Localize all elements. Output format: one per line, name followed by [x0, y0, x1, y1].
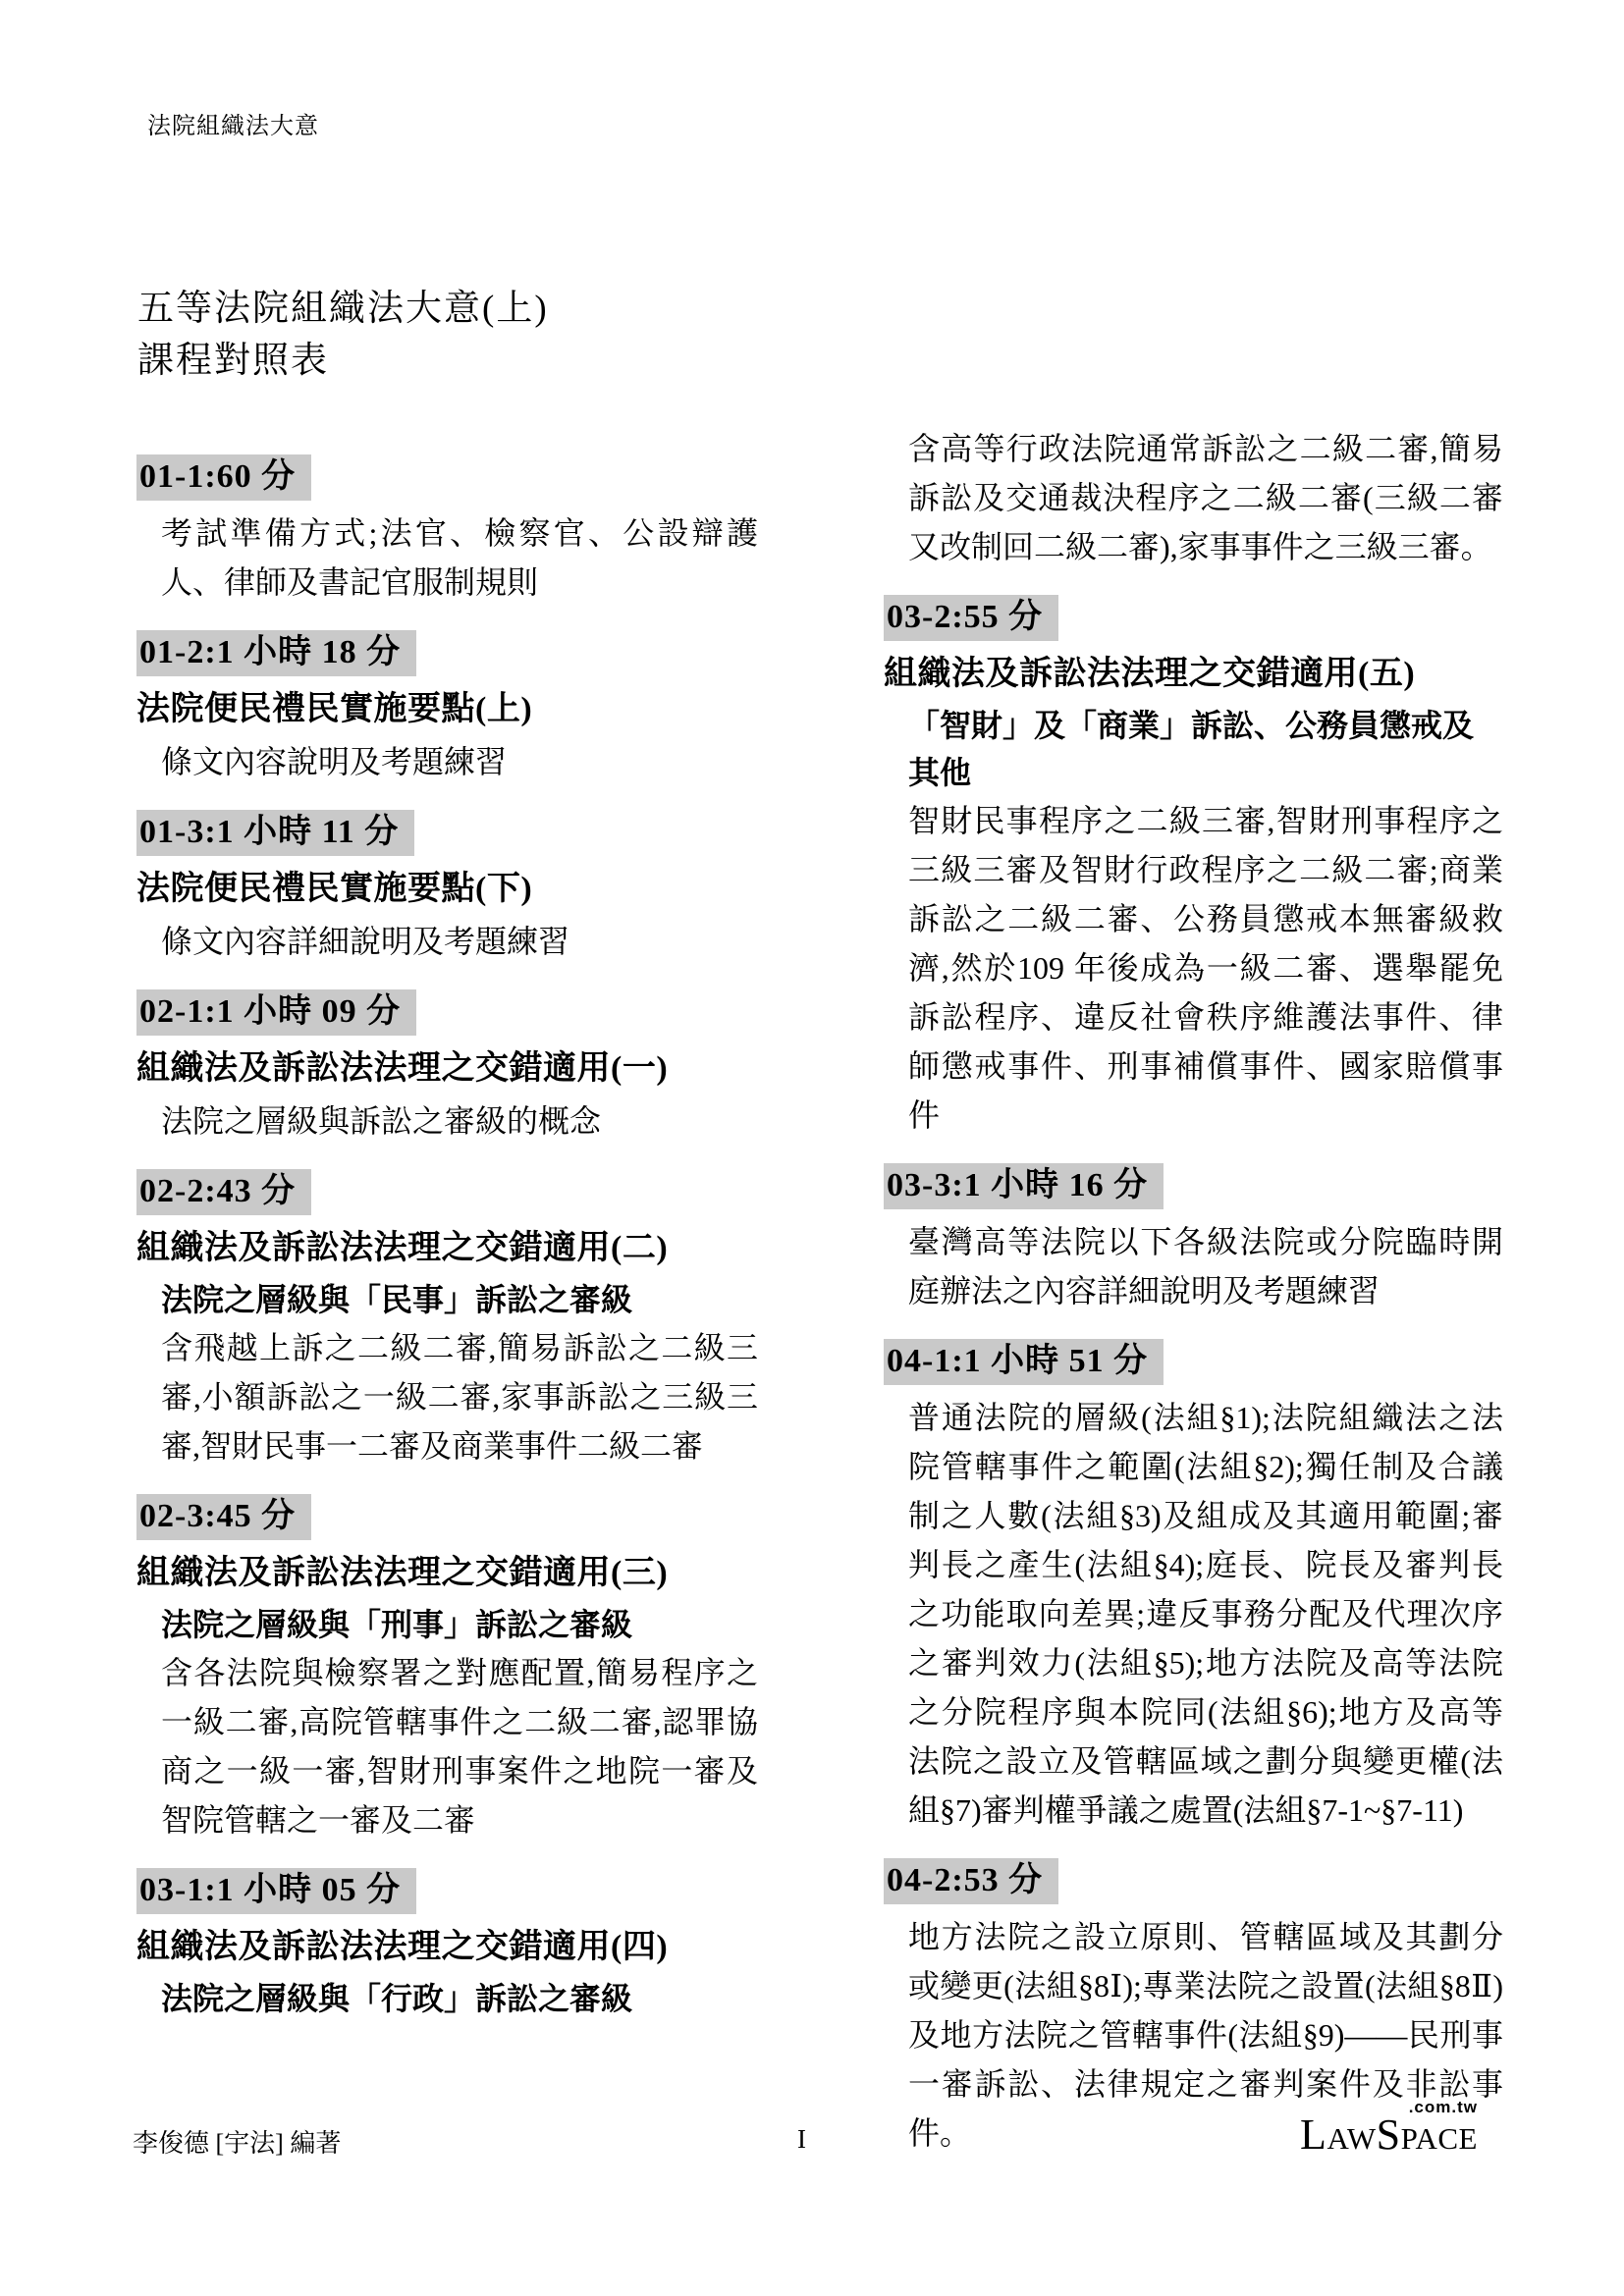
- section-code-badge: 04-1:1 小時 51 分: [884, 1339, 1164, 1385]
- section-code-row: 01-1:60 分: [136, 454, 758, 501]
- section-code-badge: 01-2:1 小時 18 分: [136, 630, 416, 676]
- left-column: 01-1:60 分考試準備方式;法官、檢察官、公設辯護人、律師及書記官服制規則0…: [136, 454, 758, 2022]
- course-section: 03-2:55 分組織法及訴訟法法理之交錯適用(五)「智財」及「商業」訴訟、公務…: [884, 595, 1503, 1140]
- section-subtitle: 「智財」及「商業」訴訟、公務員懲戒及其他: [908, 702, 1503, 796]
- logo-letters: AW: [1326, 2121, 1376, 2156]
- section-code-row: 02-1:1 小時 09 分: [136, 989, 758, 1036]
- section-subtitle: 法院之層級與「刑事」訴訟之審級: [161, 1601, 758, 1648]
- page-title-line-1: 五等法院組織法大意(上): [137, 289, 549, 329]
- section-title: 組織法及訴訟法法理之交錯適用(二): [136, 1223, 758, 1274]
- course-section: 02-1:1 小時 09 分組織法及訴訟法法理之交錯適用(一)法院之層級與訴訟之…: [136, 989, 758, 1146]
- section-description: 條文內容說明及考題練習: [161, 737, 758, 786]
- section-code-row: 03-2:55 分: [884, 595, 1503, 641]
- section-title: 組織法及訴訟法法理之交錯適用(四): [136, 1922, 758, 1973]
- section-code-badge: 03-3:1 小時 16 分: [884, 1163, 1164, 1209]
- section-code-row: 02-3:45 分: [136, 1494, 758, 1540]
- section-description: 臺灣高等法院以下各級法院或分院臨時開庭辦法之內容詳細說明及考題練習: [908, 1217, 1503, 1315]
- footer-author: 李俊德 [宇法] 編著: [133, 2123, 341, 2160]
- course-section: 01-1:60 分考試準備方式;法官、檢察官、公設辯護人、律師及書記官服制規則: [136, 454, 758, 607]
- section-code-row: 03-1:1 小時 05 分: [136, 1868, 758, 1914]
- course-section: 含高等行政法院通常訴訟之二級二審,簡易訴訟及交通裁決程序之二級二審(三級二審又改…: [884, 424, 1503, 571]
- course-section: 04-1:1 小時 51 分普通法院的層級(法組§1);法院組織法之法院管轄事件…: [884, 1339, 1503, 1835]
- section-code-row: 01-3:1 小時 11 分: [136, 810, 758, 856]
- course-section: 02-2:43 分組織法及訴訟法法理之交錯適用(二)法院之層級與「民事」訴訟之審…: [136, 1169, 758, 1470]
- section-description: 考試準備方式;法官、檢察官、公設辯護人、律師及書記官服制規則: [161, 508, 758, 607]
- section-code-badge: 03-2:55 分: [884, 595, 1058, 641]
- section-code-badge: 02-1:1 小時 09 分: [136, 989, 416, 1036]
- section-description: 含高等行政法院通常訴訟之二級二審,簡易訴訟及交通裁決程序之二級二審(三級二審又改…: [908, 424, 1503, 571]
- right-column: 含高等行政法院通常訴訟之二級二審,簡易訴訟及交通裁決程序之二級二審(三級二審又改…: [884, 424, 1503, 2158]
- section-code-badge: 01-3:1 小時 11 分: [136, 810, 414, 856]
- section-code-row: 02-2:43 分: [136, 1169, 758, 1215]
- logo-letter: L: [1300, 2110, 1326, 2159]
- document-page: 法院組織法大意 五等法院組織法大意(上) 課程對照表 01-1:60 分考試準備…: [0, 0, 1624, 2296]
- section-code-badge: 03-1:1 小時 05 分: [136, 1868, 416, 1914]
- section-code-badge: 02-2:43 分: [136, 1169, 311, 1215]
- section-code-badge: 02-3:45 分: [136, 1494, 311, 1540]
- section-description: 含飛越上訴之二級二審,簡易訴訟之二級三審,小額訴訟之一級二審,家事訴訟之三級三審…: [161, 1323, 758, 1470]
- section-subtitle: 法院之層級與「民事」訴訟之審級: [161, 1276, 758, 1323]
- logo-letters: PACE: [1401, 2121, 1478, 2156]
- course-section: 01-2:1 小時 18 分法院便民禮民實施要點(上)條文內容說明及考題練習: [136, 630, 758, 786]
- section-description: 條文內容詳細說明及考題練習: [161, 917, 758, 966]
- section-title: 組織法及訴訟法法理之交錯適用(五): [884, 649, 1503, 700]
- logo-wordmark: LAWSPACE: [1257, 2113, 1478, 2157]
- section-code-row: 03-3:1 小時 16 分: [884, 1163, 1503, 1209]
- section-description: 法院之層級與訴訟之審級的概念: [161, 1096, 758, 1146]
- page-title: 五等法院組織法大意(上) 課程對照表: [137, 283, 549, 387]
- course-section: 02-3:45 分組織法及訴訟法法理之交錯適用(三)法院之層級與「刑事」訴訟之審…: [136, 1494, 758, 1844]
- section-code-badge: 01-1:60 分: [136, 454, 311, 501]
- section-title: 法院便民禮民實施要點(下): [136, 864, 758, 915]
- section-subtitle: 法院之層級與「行政」訴訟之審級: [161, 1975, 758, 2022]
- course-section: 03-1:1 小時 05 分組織法及訴訟法法理之交錯適用(四)法院之層級與「行政…: [136, 1868, 758, 2022]
- course-section: 01-3:1 小時 11 分法院便民禮民實施要點(下)條文內容詳細說明及考題練習: [136, 810, 758, 966]
- section-code-badge: 04-2:53 分: [884, 1858, 1058, 1904]
- section-code-row: 01-2:1 小時 18 分: [136, 630, 758, 676]
- section-code-row: 04-2:53 分: [884, 1858, 1503, 1904]
- section-description: 智財民事程序之二級三審,智財刑事程序之三級三審及智財行政程序之二級二審;商業訴訟…: [908, 796, 1503, 1140]
- section-description: 含各法院與檢察署之對應配置,簡易程序之一級二審,高院管轄事件之二級二審,認罪協商…: [161, 1648, 758, 1844]
- section-title: 組織法及訴訟法法理之交錯適用(一): [136, 1043, 758, 1095]
- section-title: 法院便民禮民實施要點(上): [136, 684, 758, 735]
- section-code-row: 04-1:1 小時 51 分: [884, 1339, 1503, 1385]
- page-title-line-2: 課程對照表: [137, 341, 329, 381]
- footer-page-number: I: [797, 2124, 806, 2155]
- section-title: 組織法及訴訟法法理之交錯適用(三): [136, 1548, 758, 1599]
- course-section: 03-3:1 小時 16 分臺灣高等法院以下各級法院或分院臨時開庭辦法之內容詳細…: [884, 1163, 1503, 1315]
- section-description: 普通法院的層級(法組§1);法院組織法之法院管轄事件之範圍(法組§2);獨任制及…: [908, 1393, 1503, 1835]
- lawspace-logo: .com.tw LAWSPACE: [1257, 2099, 1478, 2157]
- logo-letter: S: [1377, 2110, 1401, 2159]
- running-header: 法院組織法大意: [147, 106, 319, 140]
